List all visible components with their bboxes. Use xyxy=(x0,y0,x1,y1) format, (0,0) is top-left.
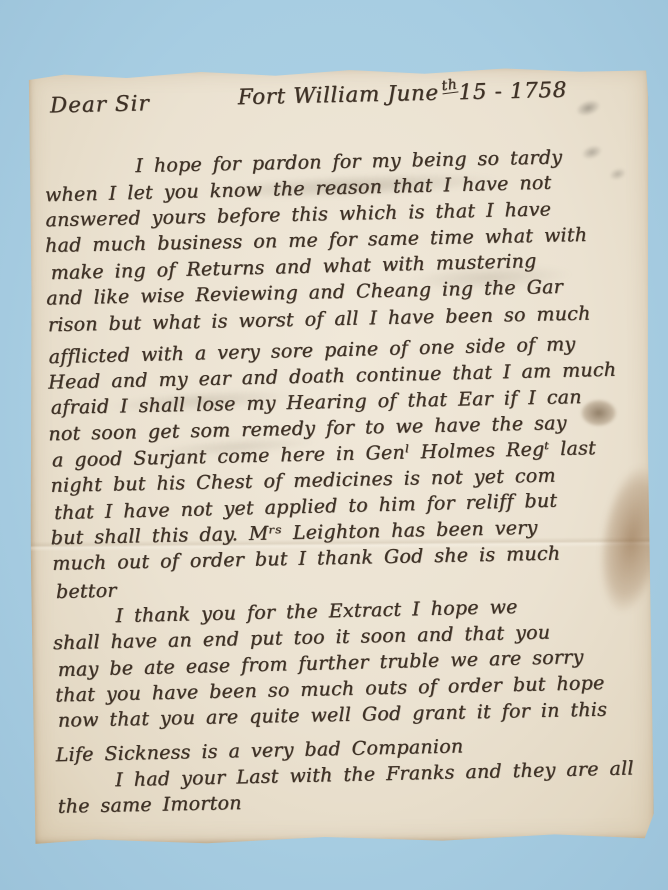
dateline-day-year: 15 - 1758 xyxy=(458,78,567,105)
dateline: Fort William Juneth15 - 1758 xyxy=(238,78,568,110)
letter-paper: Dear Sir Fort William Juneth15 - 1758 I … xyxy=(27,67,654,846)
salutation: Dear Sir xyxy=(50,91,150,118)
letter-header: Dear Sir Fort William Juneth15 - 1758 xyxy=(42,76,640,130)
dateline-place-month: Fort William June xyxy=(238,81,439,111)
letter-body: I hope for pardon for my being so tardyw… xyxy=(43,142,657,821)
paper-edge-shadow xyxy=(35,843,255,849)
letter-content: Dear Sir Fort William Juneth15 - 1758 I … xyxy=(25,58,663,846)
photo-background: Dear Sir Fort William Juneth15 - 1758 I … xyxy=(0,0,668,890)
dateline-ordinal-superscript: th xyxy=(441,78,459,95)
